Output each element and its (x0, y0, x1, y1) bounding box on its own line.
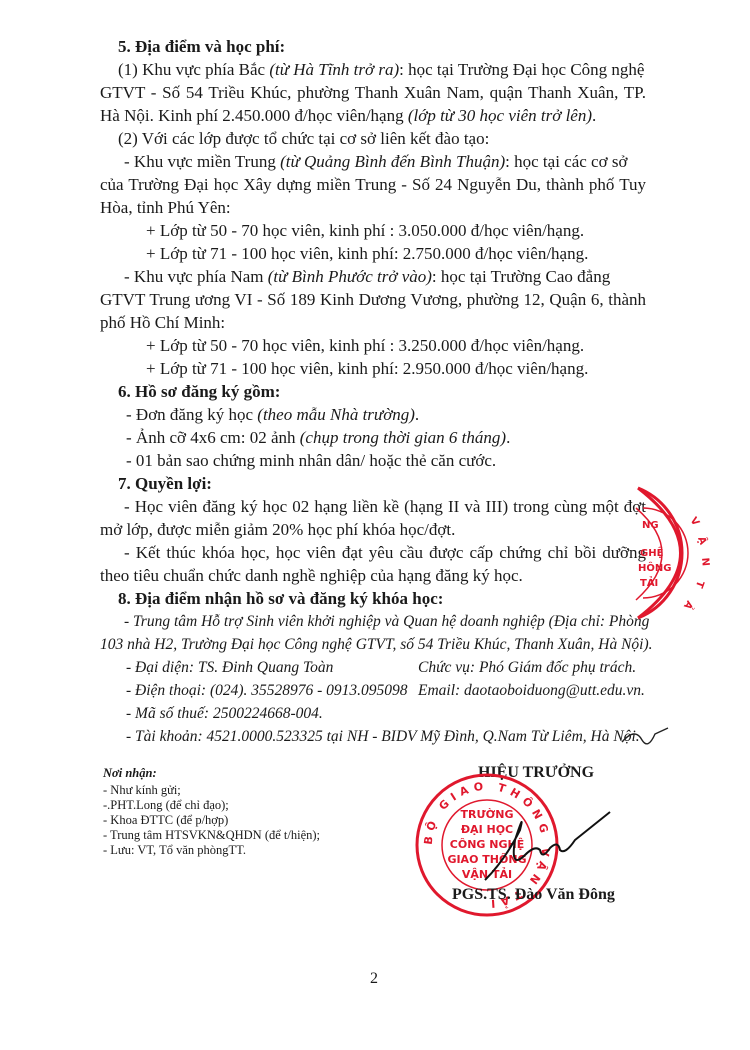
email: Email: daotaoboiduong@utt.edu.vn. (418, 680, 645, 702)
south-fee-2: + Lớp từ 71 - 100 học viên, kinh phí: 2.… (146, 358, 588, 380)
svg-text:N: N (699, 557, 711, 566)
recipient-item: - Như kính gửi; (103, 783, 181, 798)
recipient-item: - Lưu: VT, Tổ văn phòngTT. (103, 843, 246, 858)
signer-name: PGS.TS. Đào Văn Đông (452, 884, 615, 906)
text: Hà Nội. Kinh phí 2.450.000 đ/học viên/hạ… (100, 106, 408, 125)
text: (từ Bình Phước trở vào) (268, 267, 432, 286)
svg-text:Ả: Ả (681, 598, 697, 613)
central-line-3: Hòa, tỉnh Phú Yên: (100, 197, 231, 219)
recipient-item: - Trung tâm HTSVKN&QHDN (để t/hiện); (103, 828, 320, 843)
benefit-1-line-1: - Học viên đăng ký học 02 hạng liền kề (… (124, 496, 646, 518)
central-fee-1: + Lớp từ 50 - 70 học viên, kinh phí : 3.… (146, 220, 584, 242)
phone: - Điện thoại: (024). 35528976 - 0913.095… (126, 680, 408, 702)
recipient-item: - Khoa ĐTTC (để p/hợp) (103, 813, 228, 828)
doc-item-3: - 01 bản sao chứng minh nhân dân/ hoặc t… (126, 450, 496, 472)
text: - Khu vực miền Trung (124, 152, 280, 171)
benefit-2-line-2: theo tiêu chuẩn chức danh nghề nghiệp củ… (100, 565, 523, 587)
svg-text:GHỆ: GHỆ (640, 546, 664, 559)
representative: - Đại diện: TS. Đinh Quang Toàn (126, 657, 333, 679)
benefit-2-line-1: - Kết thúc khóa học, học viên đạt yêu cầ… (124, 542, 646, 564)
text: (chụp trong thời gian 6 tháng) (300, 428, 506, 447)
central-line-2: của Trường Đại học Xây dựng miền Trung -… (100, 174, 646, 196)
section-8-heading: 8. Địa điểm nhận hồ sơ và đăng ký khóa h… (118, 588, 443, 610)
text: . (506, 428, 510, 447)
svg-text:V: V (688, 515, 702, 528)
section-5-heading: 5. Địa điểm và học phí: (118, 36, 285, 58)
section-6-heading: 6. Hồ sơ đăng ký gồm: (118, 381, 280, 403)
north-line-3: Hà Nội. Kinh phí 2.450.000 đ/học viên/hạ… (100, 105, 596, 127)
text: . (415, 405, 419, 424)
south-line-1: - Khu vực phía Nam (từ Bình Phước trở và… (124, 266, 646, 288)
document-page: 5. Địa điểm và học phí: (1) Khu vực phía… (0, 0, 750, 1050)
svg-text:Ậ: Ậ (695, 535, 710, 547)
section-7-heading: 7. Quyền lợi: (118, 473, 212, 495)
text: (1) Khu vực phía Bắc (118, 60, 269, 79)
text: (từ Quảng Bình đến Bình Thuận) (280, 152, 505, 171)
recipient-item: -.PHT.Long (để chỉ đạo); (103, 798, 229, 813)
partial-stamp: NG GHỆ HÔNG TẢI V Ậ N T Ả (628, 478, 750, 628)
text: - Đơn đăng ký học (126, 405, 257, 424)
text: (theo mẫu Nhà trường) (257, 405, 415, 424)
svg-text:HÔNG: HÔNG (638, 561, 671, 574)
svg-text:TẢI: TẢI (640, 575, 658, 589)
text: : học tại các cơ sở (505, 152, 627, 171)
text: . (592, 106, 596, 125)
north-line-1: (1) Khu vực phía Bắc (từ Hà Tĩnh trở ra)… (118, 59, 646, 81)
doc-item-1: - Đơn đăng ký học (theo mẫu Nhà trường). (126, 404, 419, 426)
center-line-1: - Trung tâm Hỗ trợ Sinh viên khởi nghiệp… (124, 611, 646, 633)
position: Chức vụ: Phó Giám đốc phụ trách. (418, 657, 636, 679)
text: : học tại Trường Cao đẳng (432, 267, 610, 286)
signature-scribble (480, 800, 620, 890)
svg-text:NG: NG (642, 520, 659, 531)
svg-text:T: T (693, 579, 706, 589)
south-fee-1: + Lớp từ 50 - 70 học viên, kinh phí : 3.… (146, 335, 584, 357)
text: : học tại Trường Đại học Công nghệ (399, 60, 644, 79)
initial-scribble (620, 722, 670, 752)
north-line-2: GTVT - Số 54 Triều Khúc, phường Thanh Xu… (100, 82, 646, 104)
tax-code: - Mã số thuế: 2500224668-004. (126, 703, 323, 725)
doc-item-2: - Ảnh cỡ 4x6 cm: 02 ảnh (chụp trong thời… (126, 427, 510, 449)
text: - Khu vực phía Nam (124, 267, 268, 286)
page-number: 2 (370, 970, 378, 988)
intro-2: (2) Với các lớp được tổ chức tại cơ sở l… (118, 128, 489, 150)
text: - Ảnh cỡ 4x6 cm: 02 ảnh (126, 428, 300, 447)
bank-account: - Tài khoản: 4521.0000.523325 tại NH - B… (126, 726, 640, 748)
text: (lớp từ 30 học viên trở lên) (408, 106, 592, 125)
central-line-1: - Khu vực miền Trung (từ Quảng Bình đến … (124, 151, 627, 173)
south-line-3: phố Hồ Chí Minh: (100, 312, 225, 334)
recipients-title: Nơi nhận: (103, 766, 157, 781)
central-fee-2: + Lớp từ 71 - 100 học viên, kinh phí: 2.… (146, 243, 588, 265)
benefit-1-line-2: mở lớp, được miễn giảm 20% học phí khóa … (100, 519, 455, 541)
center-line-2: 103 nhà H2, Trường Đại học Công nghệ GTV… (100, 634, 653, 656)
text: (từ Hà Tĩnh trở ra) (269, 60, 399, 79)
south-line-2: GTVT Trung ương VI - Số 189 Kinh Dương V… (100, 289, 646, 311)
